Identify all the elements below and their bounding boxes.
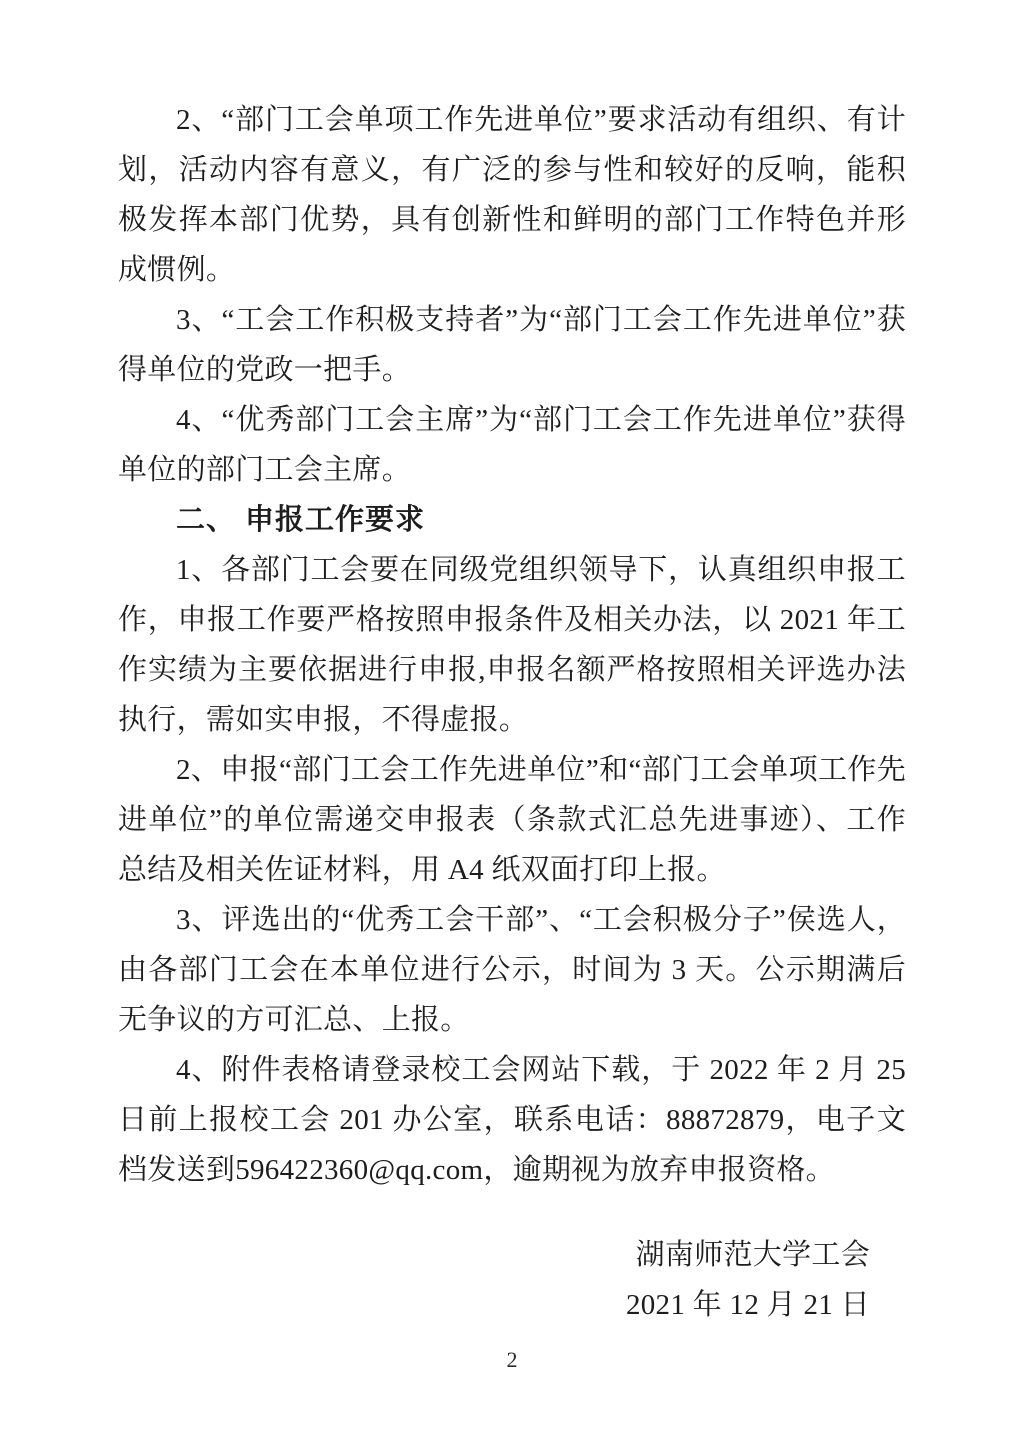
document-page: 2、“部门工会单项工作先进单位”要求活动有组织、有计划，活动内容有意义，有广泛的… xyxy=(0,0,1024,1448)
signature-date: 2021 年 12 月 21 日 xyxy=(118,1280,870,1330)
section-heading-application-requirements: 二、 申报工作要求 xyxy=(118,495,906,545)
paragraph-item-4: 4、“优秀部门工会主席”为“部门工会工作先进单位”获得单位的部门工会主席。 xyxy=(118,395,906,495)
paragraph-requirement-1: 1、各部门工会要在同级党组织领导下，认真组织申报工作，申报工作要严格按照申报条件… xyxy=(118,545,906,745)
page-number: 2 xyxy=(0,1345,1024,1375)
paragraph-requirement-2: 2、申报“部门工会工作先进单位”和“部门工会单项工作先进单位”的单位需递交申报表… xyxy=(118,745,906,895)
signature-block: 湖南师范大学工会 2021 年 12 月 21 日 xyxy=(118,1230,906,1330)
paragraph-requirement-4: 4、附件表格请登录校工会网站下载，于 2022 年 2 月 25 日前上报校工会… xyxy=(118,1045,906,1195)
paragraph-item-3: 3、“工会工作积极支持者”为“部门工会工作先进单位”获得单位的党政一把手。 xyxy=(118,295,906,395)
paragraph-item-2: 2、“部门工会单项工作先进单位”要求活动有组织、有计划，活动内容有意义，有广泛的… xyxy=(118,95,906,295)
document-body: 2、“部门工会单项工作先进单位”要求活动有组织、有计划，活动内容有意义，有广泛的… xyxy=(118,95,906,1330)
signature-organization: 湖南师范大学工会 xyxy=(118,1230,870,1280)
paragraph-requirement-3: 3、评选出的“优秀工会干部”、“工会积极分子”侯选人，由各部门工会在本单位进行公… xyxy=(118,895,906,1045)
